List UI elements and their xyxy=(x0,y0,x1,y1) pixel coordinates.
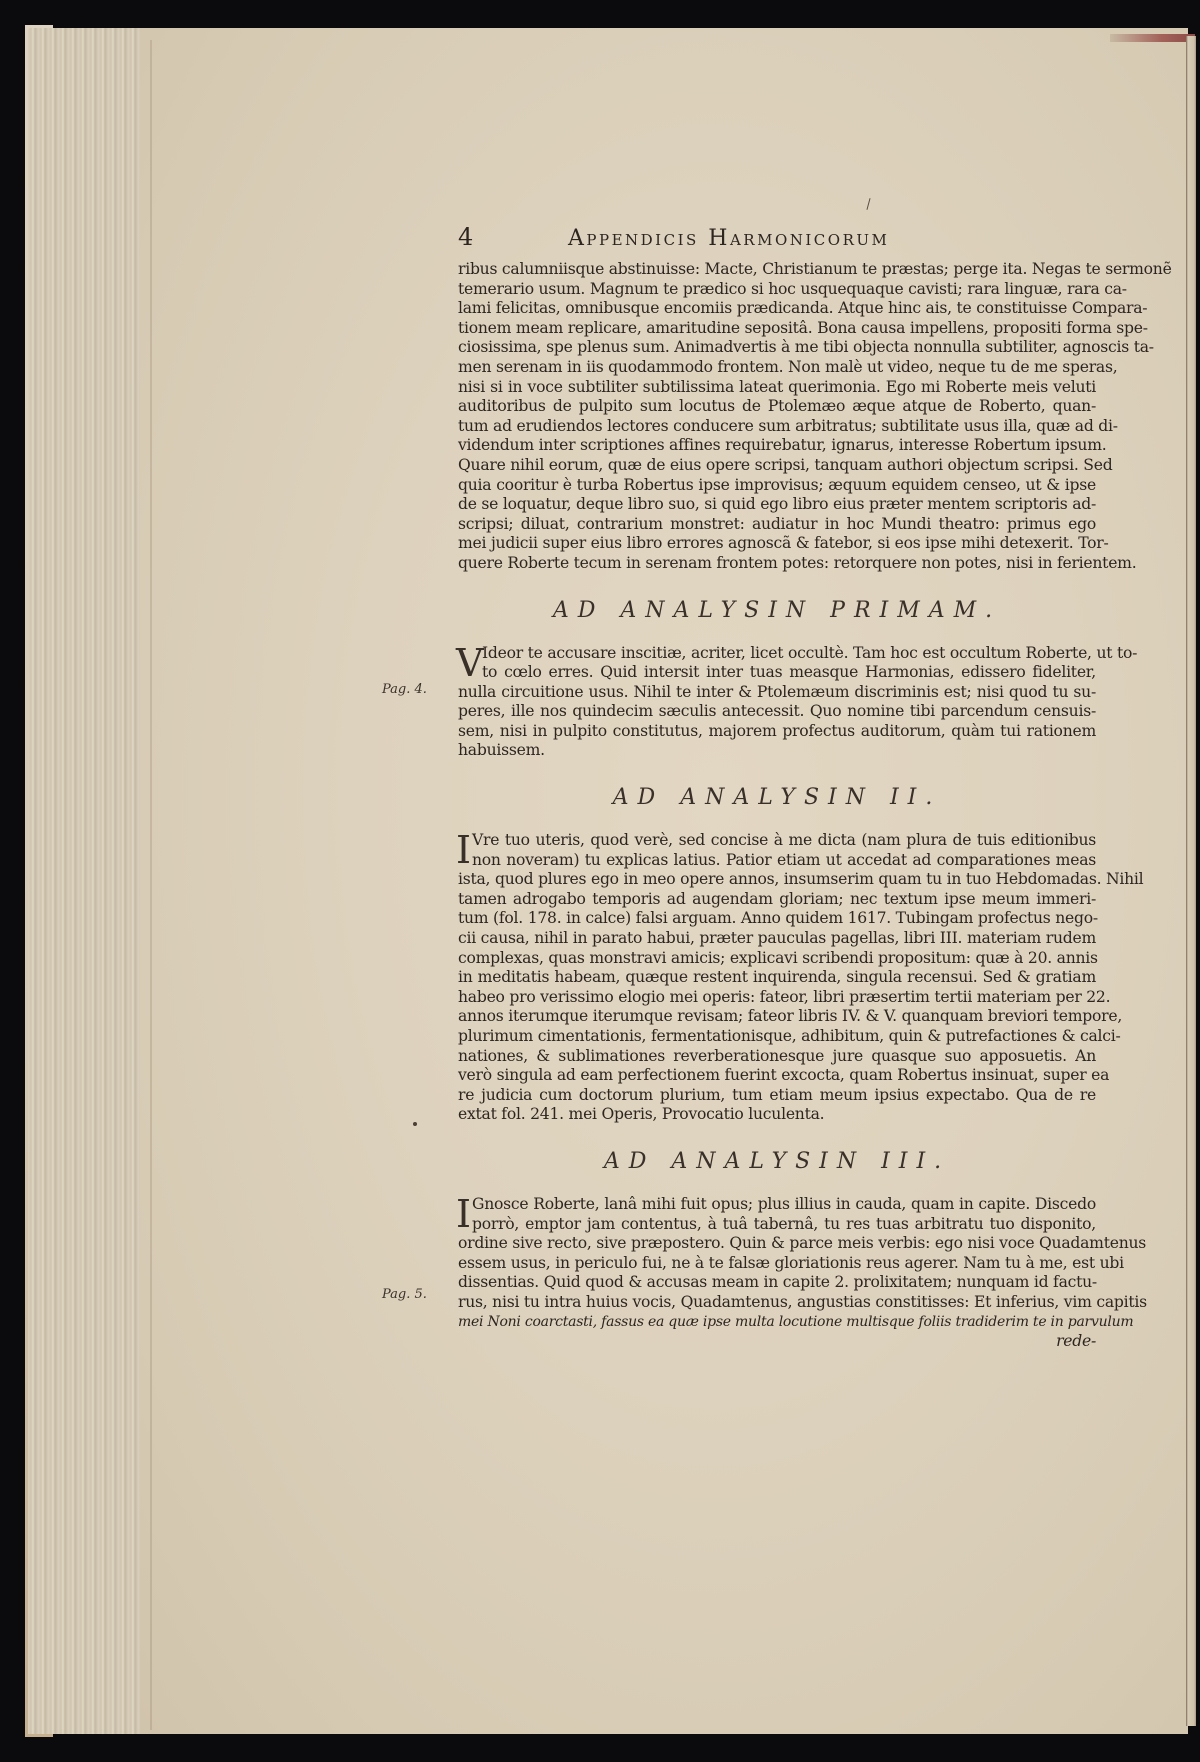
text-line: ordine sive recto, sive præpostero. Quin… xyxy=(458,1234,1096,1254)
text-line: Gnosce Roberte, lanâ mihi fuit opus; plu… xyxy=(458,1195,1096,1215)
text-line: Ideor te accusare inscitiæ, acriter, lic… xyxy=(458,644,1096,664)
text-line: temerario usum. Magnum te prædico si hoc… xyxy=(458,280,1096,300)
text-line: ciosissima, spe plenus sum. Animadvertis… xyxy=(458,338,1096,358)
drop-cap: I xyxy=(456,1196,471,1232)
text-line: extat fol. 241. mei Operis, Provocatio l… xyxy=(458,1105,1096,1125)
text-line: lami felicitas, omnibusque encomiis præd… xyxy=(458,299,1096,319)
text-line: rus, nisi tu intra huius vocis, Quadamte… xyxy=(458,1293,1096,1313)
text-line: nisi si in voce subtiliter subtilissima … xyxy=(458,378,1096,398)
text-line: quere Roberte tecum in serenam frontem p… xyxy=(458,554,1096,574)
text-line: ista, quod plures ego in meo opere annos… xyxy=(458,870,1096,890)
text-line: re judicia cum doctorum plurium, tum eti… xyxy=(458,1086,1096,1106)
running-title: Appendicis Harmonicorum xyxy=(568,229,889,249)
text-line: verò singula ad eam perfectionem fuerint… xyxy=(458,1066,1096,1086)
running-head: 4 Appendicis Harmonicorum xyxy=(458,228,1096,260)
text-line: porrò, emptor jam contentus, à tuâ taber… xyxy=(458,1215,1096,1235)
opening-paragraph: ribus calumniisque abstinuisse: Macte, C… xyxy=(458,260,1096,574)
margin-note-pag-5: Pag. 5. xyxy=(382,1287,427,1302)
text-line: tum ad erudiendos lectores conducere sum… xyxy=(458,417,1096,437)
text-line: in meditatis habeam, quæque restent inqu… xyxy=(458,968,1096,988)
text-line: dissentias. Quid quod & accusas meam in … xyxy=(458,1273,1096,1293)
red-page-edge xyxy=(1110,34,1195,42)
text-block: 4 Appendicis Harmonicorum ribus calumnii… xyxy=(458,228,1096,1352)
text-line: plurimum cimentationis, fermentationisqu… xyxy=(458,1027,1096,1047)
text-line: habeo pro verissimo elogio mei operis: f… xyxy=(458,988,1096,1008)
text-line: scripsi; diluat, contrarium monstret: au… xyxy=(458,515,1096,535)
section-heading-analysin-iii: AD ANALYSIN III. xyxy=(458,1143,1096,1181)
section-analysin-iii-body: I Gnosce Roberte, lanâ mihi fuit opus; p… xyxy=(458,1195,1096,1352)
text-line: quia cooritur è turba Robertus ipse impr… xyxy=(458,476,1096,496)
drop-cap: I xyxy=(456,832,471,868)
text-line: sem, nisi in pulpito constitutus, majore… xyxy=(458,722,1096,742)
text-line: tionem meam replicare, amaritudine sepos… xyxy=(458,319,1096,339)
margin-note-pag-4: Pag. 4. xyxy=(382,682,427,697)
text-line: complexas, quas monstravi amicis; explic… xyxy=(458,949,1096,969)
text-line: cii causa, nihil in parato habui, præter… xyxy=(458,929,1096,949)
text-line: tum (fol. 178. in calce) falsi arguam. A… xyxy=(458,909,1096,929)
text-line: nationes, & sublimationes reverberatione… xyxy=(458,1047,1096,1067)
text-line: ribus calumniisque abstinuisse: Macte, C… xyxy=(458,260,1096,280)
text-line: de se loquatur, deque libro suo, si quid… xyxy=(458,495,1096,515)
text-line: annos iterumque iterumque revisam; fateo… xyxy=(458,1007,1096,1027)
text-line: nulla circuitione usus. Nihil te inter &… xyxy=(458,683,1096,703)
page-right-edge xyxy=(1186,36,1196,1726)
text-line: Quare nihil eorum, quæ de eius opere scr… xyxy=(458,456,1096,476)
ink-dot xyxy=(413,1122,417,1126)
text-line: to cœlo erres. Quid intersit inter tuas … xyxy=(458,663,1096,683)
text-line: essem usus, in periculo fui, ne à te fal… xyxy=(458,1254,1096,1274)
drop-cap: V xyxy=(456,645,483,681)
text-line: peres, ille nos quindecim sæculis antece… xyxy=(458,702,1096,722)
text-line: non noveram) tu explicas latius. Patior … xyxy=(458,851,1096,871)
text-line: auditoribus de pulpito sum locutus de Pt… xyxy=(458,397,1096,417)
text-line: men serenam in iis quodammodo frontem. N… xyxy=(458,358,1096,378)
catchword: rede- xyxy=(458,1332,1096,1352)
text-line: habuissem. xyxy=(458,741,1096,761)
text-line: Vre tuo uteris, quod verè, sed concise à… xyxy=(458,831,1096,851)
section-analysin-ii-body: I Vre tuo uteris, quod verè, sed concise… xyxy=(458,831,1096,1125)
section-heading-analysin-ii: AD ANALYSIN II. xyxy=(458,779,1096,817)
text-line: mei judicii super eius libro errores agn… xyxy=(458,534,1096,554)
page-number: 4 xyxy=(458,228,568,248)
text-line: mei Noni coarctasti, fassus ea quæ ipse … xyxy=(458,1313,1096,1333)
section-heading-analysin-primam: AD ANALYSIN PRIMAM. xyxy=(458,592,1096,630)
section-analysin-primam-body: V Ideor te accusare inscitiæ, acriter, l… xyxy=(458,644,1096,762)
text-line: tamen adrogabo temporis ad augendam glor… xyxy=(458,890,1096,910)
text-line: videndum inter scriptiones affines requi… xyxy=(458,436,1096,456)
page-fold-line xyxy=(150,40,152,1730)
